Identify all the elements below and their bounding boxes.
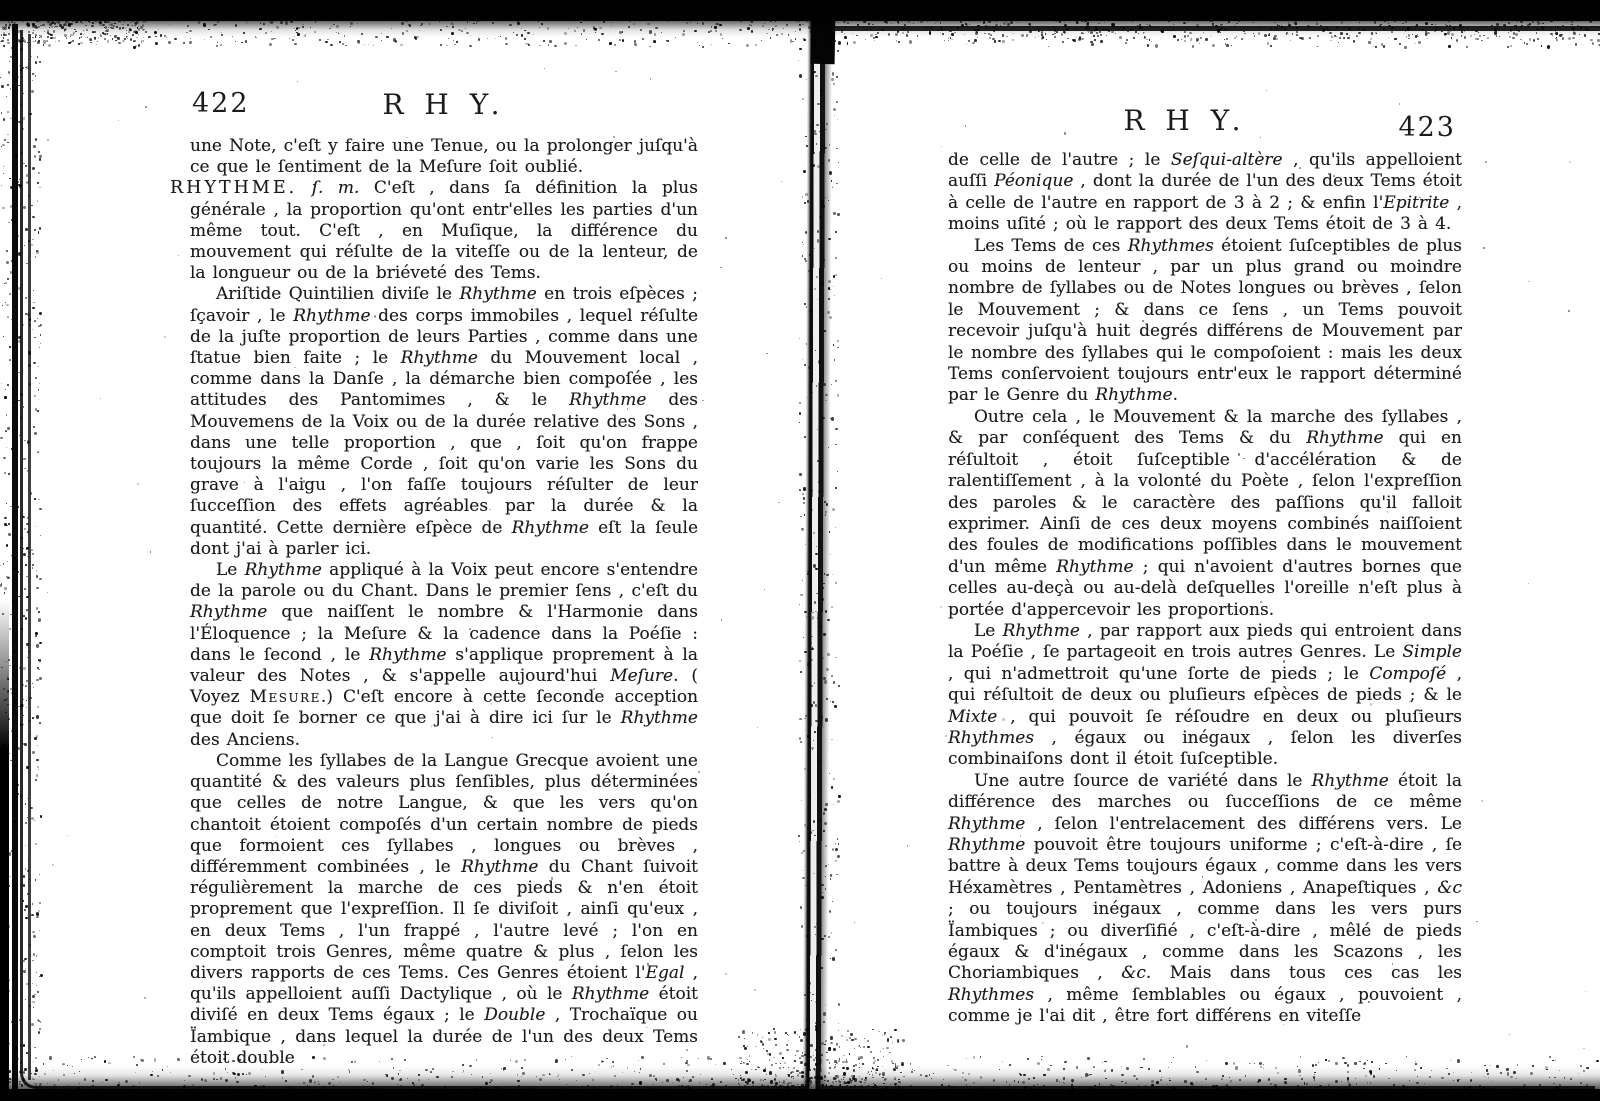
paragraph: Outre cela , le Mouvement & la marche de… [948,407,1462,621]
running-head: R H Y. [948,104,1422,137]
paragraph: Le Rhythme appliqué à la Voix peut encor… [190,560,698,751]
page-number: 423 [1398,112,1456,143]
paragraph: Une autre ſource de variété dans le Rhyt… [948,771,1462,1028]
paragraph: Ariſtide Quintilien diviſe le Rhythme en… [190,284,698,560]
paragraph: une Note, c'eſt y faire une Tenue, ou la… [190,136,698,178]
page-422: 422 R H Y. une Note, c'eſt y faire une T… [190,88,698,1069]
paragraph: de celle de l'autre ; le Seſqui-altère ,… [948,150,1462,236]
page-header: R H Y. 423 [948,102,1462,150]
page-text-column: de celle de l'autre ; le Seſqui-altère ,… [948,150,1462,1028]
page-423: R H Y. 423 de celle de l'autre ; le Seſq… [948,102,1462,1028]
scanned-book-spread: 422 R H Y. une Note, c'eſt y faire une T… [0,0,1600,1101]
page-header: 422 R H Y. [190,88,698,136]
paragraph: Les Tems de ces Rhythmes étoient ſuſcept… [948,236,1462,407]
scan-border-bottom [0,1089,1600,1101]
paragraph: Comme les ſyllabes de la Langue Grecque … [190,751,698,1069]
page-text-column: une Note, c'eſt y faire une Tenue, ou la… [190,136,698,1069]
scan-border-top [0,0,1600,21]
dictionary-entry-paragraph: RHYTHME. ſ. m. C'eſt , dans ſa définitio… [190,178,698,284]
book-left-page-edge-line [28,34,31,1080]
paragraph: Le Rhythme , par rapport aux pieds qui e… [948,621,1462,771]
running-head: R H Y. [190,88,698,121]
